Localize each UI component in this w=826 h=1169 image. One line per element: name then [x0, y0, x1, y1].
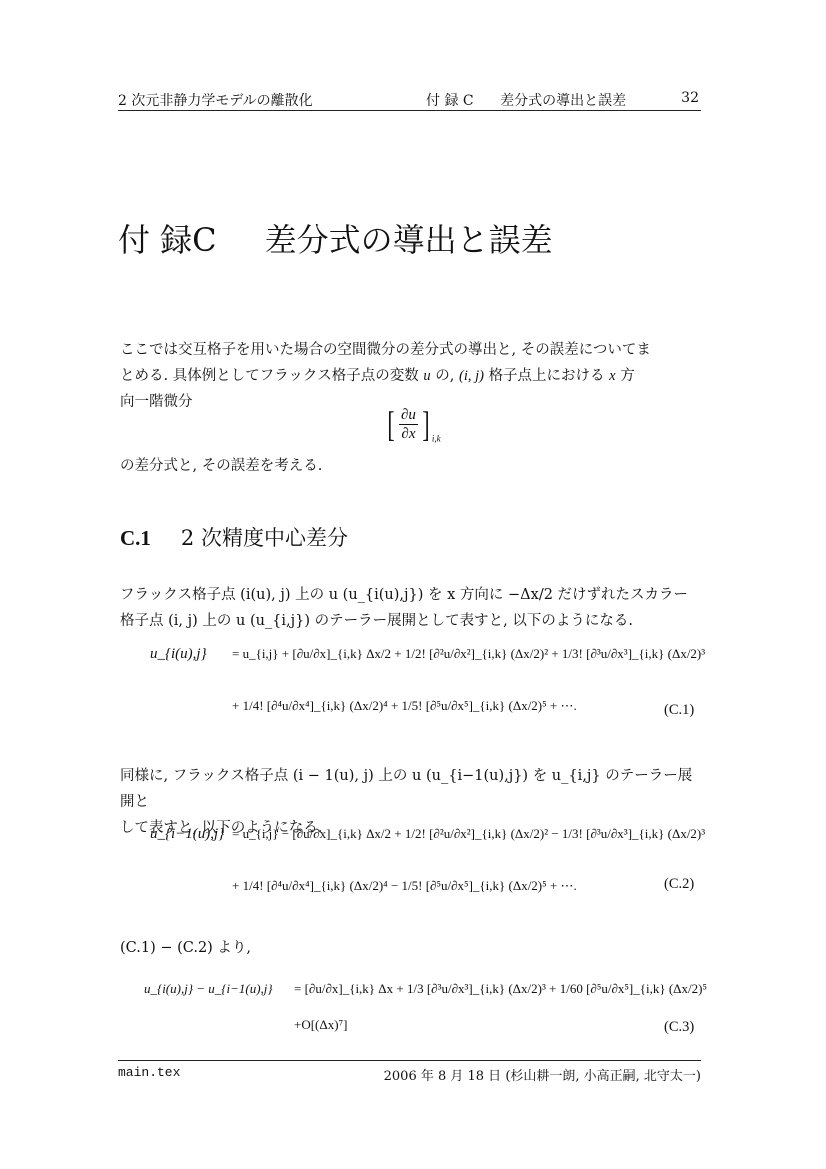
eq1-lhs: u_{i(u),j} [150, 646, 207, 663]
paragraph-3: (C.1) − (C.2) より, [120, 935, 704, 961]
paragraph-1: フラックス格子点 (i(u), j) 上の u (u_{i(u),j}) を x… [120, 582, 704, 634]
eq1-row-1: = u_{i,j} + [∂u/∂x]_{i,k} Δx/2 + 1/2! [∂… [232, 646, 702, 662]
intro-text: とめる. 具体例としてフラックス格子点の変数 [120, 368, 419, 384]
math-var-x: x [609, 368, 615, 384]
footer-date-authors: 2006 年 8 月 18 日 (杉山耕一朗, 小高正嗣, 北守太一) [384, 1065, 701, 1084]
equation-label-c2: (C.2) [664, 876, 694, 893]
section-number: C.1 [120, 526, 151, 550]
eq3-row-1: = [∂u/∂x]_{i,k} Δx + 1/3 [∂³u/∂x³]_{i,k}… [294, 981, 704, 997]
equation-label-c1: (C.1) [664, 702, 694, 719]
header-left-title: 2 次元非静力学モデルの離散化 [118, 90, 313, 110]
frac-denominator: ∂x [399, 425, 418, 443]
document-page: 2 次元非静力学モデルの離散化 付 録 C 差分式の導出と誤差 32 付 録C差… [0, 0, 826, 1169]
chapter-title: 付 録C差分式の導出と誤差 [118, 215, 553, 261]
eq2-lhs: u_{i−1(u),j} [150, 826, 224, 843]
eq2-row-2: + 1/4! [∂⁴u/∂x⁴]_{i,k} (Δx/2)⁴ − 1/5! [∂… [232, 878, 702, 894]
eq1-row-2: + 1/4! [∂⁴u/∂x⁴]_{i,k} (Δx/2)⁴ + 1/5! [∂… [232, 698, 702, 714]
math-var-u: u [423, 368, 430, 384]
header-chapter: 付 録 C 差分式の導出と誤差 [426, 90, 626, 110]
frac-numerator: ∂u [399, 406, 418, 425]
footer-filename: main.tex [118, 1065, 180, 1080]
intro-after: の差分式と, その誤差を考える. [120, 453, 704, 479]
header-chapter-title: 差分式の導出と誤差 [500, 93, 626, 109]
para2-line-1: 同様に, フラックス格子点 (i − 1(u), j) 上の u (u_{i−1… [120, 763, 704, 815]
math-index-ij: (i, j) [459, 368, 484, 384]
page-number: 32 [681, 90, 699, 106]
running-header: 2 次元非静力学モデルの離散化 付 録 C 差分式の導出と誤差 32 [118, 88, 701, 111]
para1-line-1: フラックス格子点 (i(u), j) 上の u (u_{i(u),j}) を x… [120, 582, 704, 608]
eq3-lhs: u_{i(u),j} − u_{i−1(u),j} [144, 981, 273, 997]
para1-line-2: 格子点 (i, j) 上の u (u_{i,j}) のテーラー展開として表すと,… [120, 608, 704, 634]
intro-text: 格子点上における [489, 368, 605, 384]
header-chapter-prefix: 付 録 C [426, 93, 474, 109]
intro-text: 方 [620, 368, 635, 384]
running-footer: main.tex 2006 年 8 月 18 日 (杉山耕一朗, 小高正嗣, 北… [118, 1060, 701, 1061]
section-heading: C.12 次精度中心差分 [120, 522, 348, 552]
eq3-row-2: +O[(Δx)⁷] [294, 1017, 347, 1033]
eq2-row-1: = u_{i,j} − [∂u/∂x]_{i,k} Δx/2 + 1/2! [∂… [232, 826, 702, 842]
chapter-label: 付 録C [118, 221, 217, 259]
subscript: i,k [432, 433, 441, 443]
intro-text: の, [435, 368, 454, 384]
intro-line-2: とめる. 具体例としてフラックス格子点の変数 u の, (i, j) 格子点上に… [120, 363, 704, 389]
chapter-heading: 差分式の導出と誤差 [265, 221, 553, 259]
intro-line-1: ここでは交互格子を用いた場合の空間微分の差分式の導出と, その誤差についてま [120, 337, 704, 363]
equation-label-c3: (C.3) [664, 1019, 694, 1036]
display-derivative: [∂u∂x]i,k [385, 404, 441, 444]
section-title: 2 次精度中心差分 [181, 526, 348, 550]
